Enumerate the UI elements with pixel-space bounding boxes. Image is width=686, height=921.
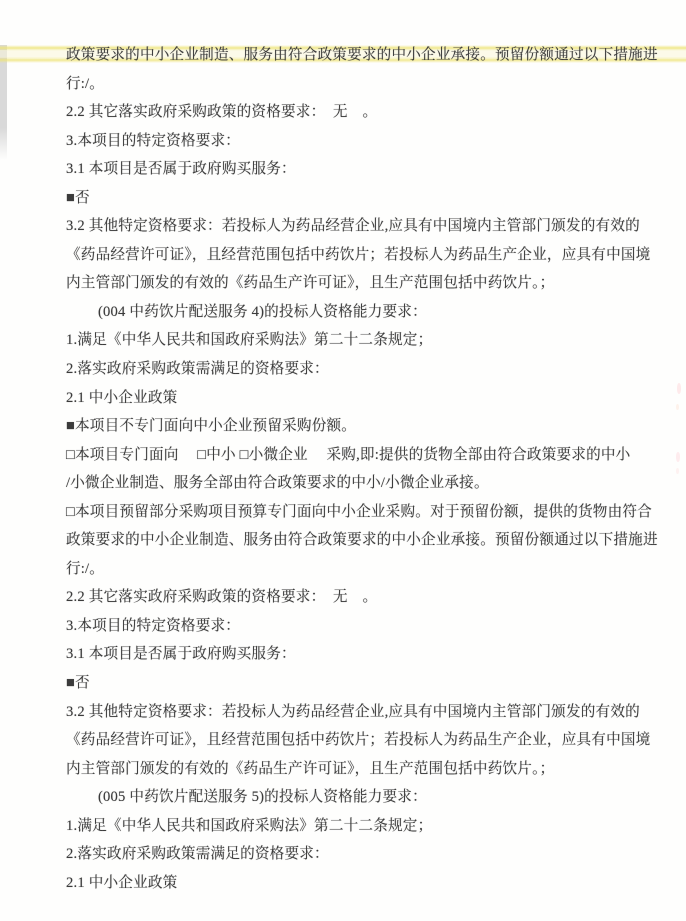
text-line: 内主管部门颁发的有效的《药品生产许可证》，且生产范围包括中药饮片。； [0, 269, 686, 298]
text-line: 3.1 本项目是否属于政府购买服务： [0, 155, 686, 184]
text-line: /小微企业制造、服务全部由符合政策要求的中小/小微企业承接。 [0, 469, 686, 498]
text-line: (004 中药饮片配送服务 4)的投标人资格能力要求： [0, 298, 686, 327]
text-line: 3.2 其他特定资格要求：若投标人为药品经营企业,应具有中国境内主管部门颁发的有… [0, 212, 686, 241]
text-line: (005 中药饮片配送服务 5)的投标人资格能力要求： [0, 783, 686, 812]
text-line: □本项目预留部分采购项目预算专门面向中小企业采购。对于预留份额，提供的货物由符合 [0, 498, 686, 527]
text-line: 2.1 中小企业政策 [0, 384, 686, 413]
text-line: 1.满足《中华人民共和国政府采购法》第二十二条规定； [0, 326, 686, 355]
text-line: 政策要求的中小企业制造、服务由符合政策要求的中小企业承接。预留份额通过以下措施进 [0, 526, 686, 555]
scan-speck-artifact [676, 468, 679, 474]
text-line: □本项目专门面向 □中小 □小微企业 采购,即:提供的货物全部由符合政策要求的中… [0, 441, 686, 470]
scan-speck-artifact [676, 452, 680, 462]
text-line: 3.2 其他特定资格要求：若投标人为药品经营企业,应具有中国境内主管部门颁发的有… [0, 698, 686, 727]
document-page: 政策要求的中小企业制造、服务由符合政策要求的中小企业承接。预留份额通过以下措施进… [0, 0, 686, 921]
text-line: 《药品经营许可证》，且经营范围包括中药饮片；若投标人为药品生产企业，应具有中国境 [0, 726, 686, 755]
text-line: 2.2 其它落实政府采购政策的资格要求： 无 。 [0, 583, 686, 612]
text-line: 3.1 本项目是否属于政府购买服务： [0, 640, 686, 669]
text-line: ■本项目不专门面向中小企业预留采购份额。 [0, 412, 686, 441]
document-body: 政策要求的中小企业制造、服务由符合政策要求的中小企业承接。预留份额通过以下措施进… [0, 41, 686, 897]
text-line: 2.1 中小企业政策 [0, 869, 686, 898]
text-line: 行:/。 [0, 70, 686, 99]
text-line: 2.2 其它落实政府采购政策的资格要求： 无 。 [0, 98, 686, 127]
text-line: 3.本项目的特定资格要求： [0, 612, 686, 641]
text-line: 2.落实政府采购政策需满足的资格要求： [0, 840, 686, 869]
text-line: 3.本项目的特定资格要求： [0, 127, 686, 156]
text-line: 《药品经营许可证》，且经营范围包括中药饮片；若投标人为药品生产企业，应具有中国境 [0, 241, 686, 270]
text-line: ■否 [0, 669, 686, 698]
text-line: 1.满足《中华人民共和国政府采购法》第二十二条规定； [0, 812, 686, 841]
scan-speck-artifact [676, 404, 679, 410]
text-line: 2.落实政府采购政策需满足的资格要求： [0, 355, 686, 384]
scan-speck-artifact [677, 383, 681, 394]
text-line: 行:/。 [0, 555, 686, 584]
text-line: 内主管部门颁发的有效的《药品生产许可证》，且生产范围包括中药饮片。； [0, 755, 686, 784]
text-line: ■否 [0, 184, 686, 213]
text-line: 政策要求的中小企业制造、服务由符合政策要求的中小企业承接。预留份额通过以下措施进 [0, 41, 686, 70]
